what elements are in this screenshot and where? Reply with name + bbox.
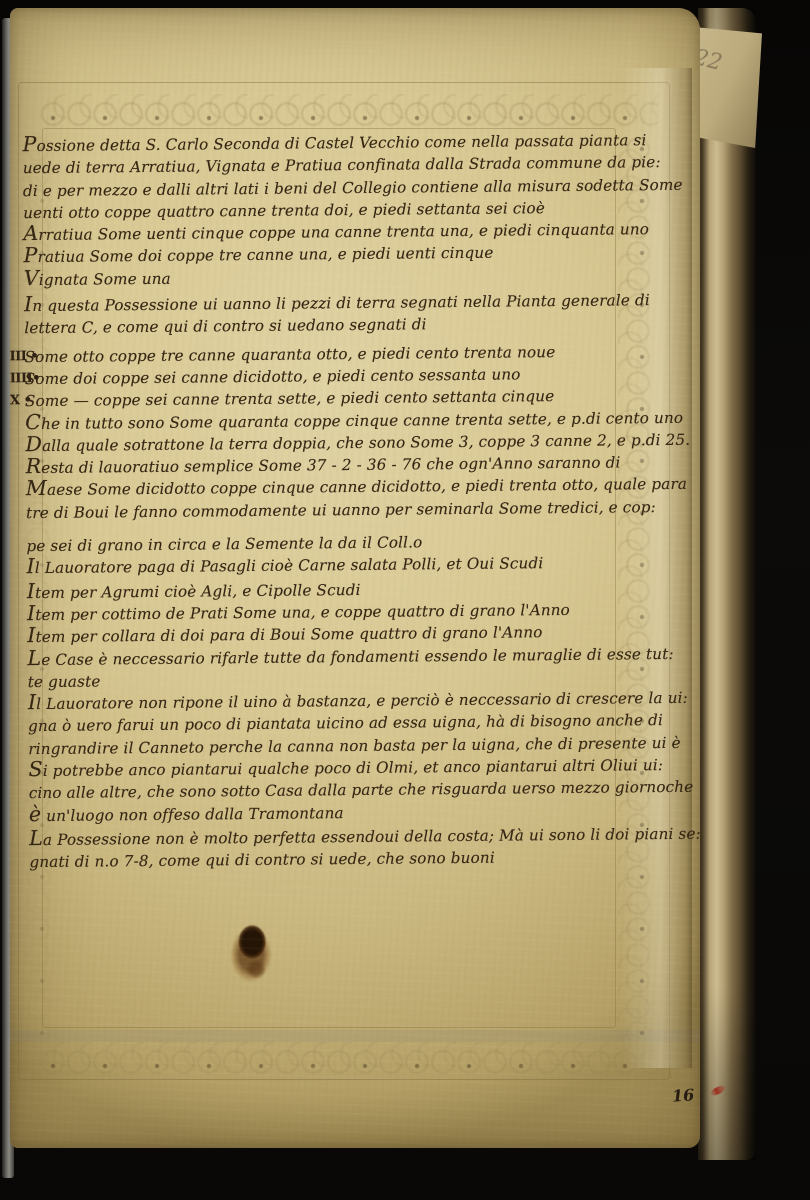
margin-numeral: X • xyxy=(10,393,31,408)
line-text: uenti otto coppe quattro canne trenta do… xyxy=(23,199,545,222)
line-text: Item per cottimo de Prati Some una, e co… xyxy=(27,601,570,624)
folio-number-bottom: 16 xyxy=(671,1085,695,1106)
line-text: Item per Agrumi cioè Agli, e Cipolle Scu… xyxy=(27,581,361,602)
line-text: Il Lauoratore paga di Pasagli cioè Carne… xyxy=(27,555,544,578)
ink-stain-halo xyxy=(246,960,266,978)
margin-numeral: IIII• xyxy=(10,371,40,386)
manuscript-page: Possione detta S. Carlo Seconda di Caste… xyxy=(10,8,700,1148)
line-text: Pratiua Some doi coppe tre canne una, e … xyxy=(24,244,494,267)
margin-numeral: III • xyxy=(10,349,38,364)
line-text: pe sei di grano in circa e la Semente la… xyxy=(26,533,422,555)
line-text: In questa Possessione ui uanno li pezzi … xyxy=(24,291,650,315)
grey-streak xyxy=(10,1030,700,1042)
line-text: Some doi coppe sei canne dicidotto, e pi… xyxy=(25,365,521,388)
line-text: Some otto coppe tre canne quaranta otto,… xyxy=(24,343,555,366)
line-text: Item per collara di doi para di Boui Som… xyxy=(27,623,542,646)
line-text: te guaste xyxy=(28,672,101,691)
fore-edge-shadow xyxy=(698,8,756,1160)
line-text: Some — coppe sei canne trenta sette, e p… xyxy=(25,387,554,410)
line-text: La Possessione non è molto perfetta esse… xyxy=(29,825,700,849)
photo-backdrop: 22 Possione detta S. Carlo Seconda di Ca… xyxy=(0,0,810,1200)
line-text: gnati di n.o 7-8, come qui di contro si … xyxy=(29,849,495,871)
manuscript-text-block: Possione detta S. Carlo Seconda di Caste… xyxy=(22,131,681,876)
line-text: lettera C, e come qui di contro si uedan… xyxy=(24,316,426,338)
guilloche-band-bottom xyxy=(40,1042,658,1082)
guilloche-band-top xyxy=(40,94,658,134)
line-text: è un'luogo non offeso dalla Tramontana xyxy=(29,804,344,825)
line-text: Vignata Some una xyxy=(24,270,171,289)
